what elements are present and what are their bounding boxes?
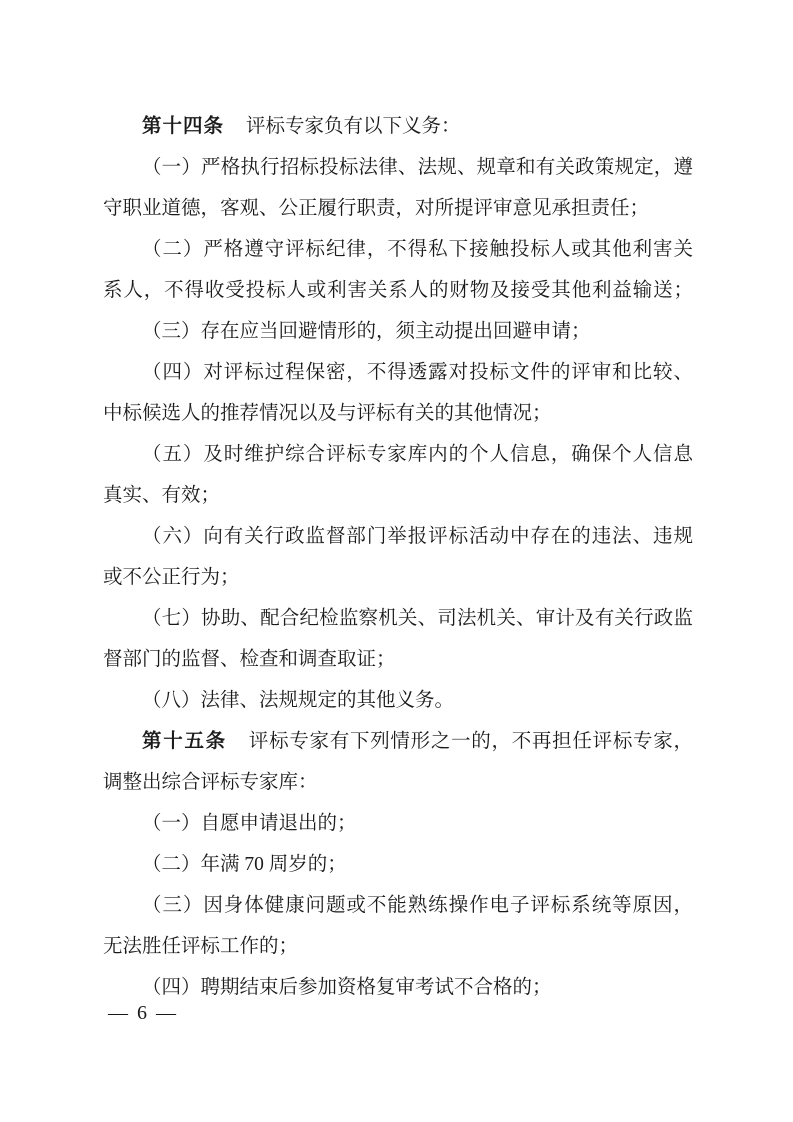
line-text: 真实、有效； (103, 485, 220, 506)
text-line: （六）向有关行政监督部门举报评标活动中存在的违法、违规 (103, 516, 693, 557)
line-text: 调整出综合评标专家库： (103, 772, 318, 793)
line-text: 中标候选人的推荐情况以及与评标有关的其他情况； (103, 403, 552, 424)
line-text: 无法胜任评标工作的； (103, 936, 298, 957)
line-text: （三）因身体健康问题或不能熟练操作电子评标系统等原因， (142, 895, 693, 916)
line-text: 或不公正行为； (103, 567, 240, 588)
text-line: （四）聘期结束后参加资格复审考试不合格的； (103, 967, 693, 1008)
line-text: （五）及时维护综合评标专家库内的个人信息，确保个人信息 (142, 444, 693, 465)
line-text: （一）自愿申请退出的； (142, 813, 357, 834)
text-line: 督部门的监督、检查和调查取证； (103, 639, 693, 680)
line-text: 守职业道德，客观、公正履行职责，对所提评审意见承担责任； (103, 198, 649, 219)
article-heading-line: 第十四条评标专家负有以下义务： (103, 106, 693, 147)
text-line: （八）法律、法规规定的其他义务。 (103, 680, 693, 721)
document-page: 第十四条评标专家负有以下义务：（一）严格执行招标投标法律、法规、规章和有关政策规… (0, 0, 793, 1122)
line-text: （四）聘期结束后参加资格复审考试不合格的； (142, 977, 552, 998)
text-line: （一）自愿申请退出的； (103, 803, 693, 844)
line-text: 系人，不得收受投标人或利害关系人的财物及接受其他利益输送； (103, 280, 693, 301)
document-body: 第十四条评标专家负有以下义务：（一）严格执行招标投标法律、法规、规章和有关政策规… (103, 106, 693, 1008)
line-text: （二）年满 70 周岁的； (142, 854, 347, 875)
line-text: （七）协助、配合纪检监察机关、司法机关、审计及有关行政监 (142, 608, 693, 629)
line-text: （一）严格执行招标投标法律、法规、规章和有关政策规定，遵 (142, 157, 693, 178)
text-line: 系人，不得收受投标人或利害关系人的财物及接受其他利益输送； (103, 270, 693, 311)
article-heading-line: 第十五条评标专家有下列情形之一的，不再担任评标专家， (103, 721, 693, 762)
text-line: （一）严格执行招标投标法律、法规、规章和有关政策规定，遵 (103, 147, 693, 188)
text-line: 守职业道德，客观、公正履行职责，对所提评审意见承担责任； (103, 188, 693, 229)
text-line: （二）严格遵守评标纪律，不得私下接触投标人或其他利害关 (103, 229, 693, 270)
line-text: （三）存在应当回避情形的，须主动提出回避申请； (142, 321, 591, 342)
line-text: 督部门的监督、检查和调查取证； (103, 649, 396, 670)
line-text: （六）向有关行政监督部门举报评标活动中存在的违法、违规 (142, 526, 693, 547)
text-line: 调整出综合评标专家库： (103, 762, 693, 803)
text-line: （三）因身体健康问题或不能熟练操作电子评标系统等原因， (103, 885, 693, 926)
line-text: （四）对评标过程保密，不得透露对投标文件的评审和比较、 (142, 362, 693, 383)
line-text: 评标专家负有以下义务： (246, 116, 461, 137)
article-number-label: 第十五条 (142, 730, 227, 752)
text-line: （五）及时维护综合评标专家库内的个人信息，确保个人信息 (103, 434, 693, 475)
text-line: 中标候选人的推荐情况以及与评标有关的其他情况； (103, 393, 693, 434)
article-number-label: 第十四条 (142, 115, 224, 137)
line-text: （二）严格遵守评标纪律，不得私下接触投标人或其他利害关 (142, 239, 693, 260)
line-text: （八）法律、法规规定的其他义务。 (142, 690, 454, 711)
line-text: 评标专家有下列情形之一的，不再担任评标专家， (249, 731, 693, 752)
text-line: （七）协助、配合纪检监察机关、司法机关、审计及有关行政监 (103, 598, 693, 639)
text-line: 或不公正行为； (103, 557, 693, 598)
text-line: （三）存在应当回避情形的，须主动提出回避申请； (103, 311, 693, 352)
text-line: 真实、有效； (103, 475, 693, 516)
page-number: — 6 — (108, 999, 178, 1027)
text-line: 无法胜任评标工作的； (103, 926, 693, 967)
text-line: （二）年满 70 周岁的； (103, 844, 693, 885)
text-line: （四）对评标过程保密，不得透露对投标文件的评审和比较、 (103, 352, 693, 393)
